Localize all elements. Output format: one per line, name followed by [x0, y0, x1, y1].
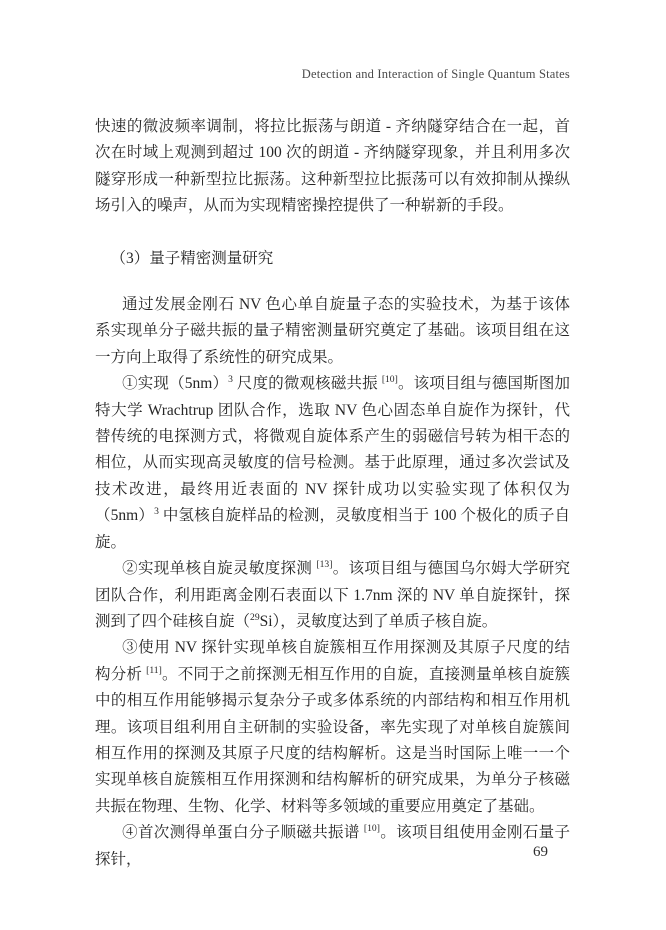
superscript-reference: 3 [154, 506, 159, 517]
body-text: 快速的微波频率调制，将拉比振荡与朗道 - 齐纳隧穿结合在一起，首次在时域上观测到… [95, 114, 570, 873]
superscript-reference: 29 [250, 612, 260, 623]
running-header: Detection and Interaction of Single Quan… [95, 67, 570, 82]
paragraph: 通过发展金刚石 NV 色心单自旋量子态的实验技术，为基于该体系实现单分子磁共振的… [95, 292, 570, 371]
superscript-reference: [13] [316, 559, 332, 570]
superscript-reference: [11] [146, 665, 162, 676]
superscript-reference: 3 [228, 374, 233, 385]
superscript-reference: [10] [364, 823, 380, 834]
paragraph: 快速的微波频率调制，将拉比振荡与朗道 - 齐纳隧穿结合在一起，首次在时域上观测到… [95, 114, 570, 220]
section-heading: （3）量子精密测量研究 [95, 246, 570, 272]
page-number: 69 [0, 844, 548, 861]
superscript-reference: [10] [382, 374, 398, 385]
paragraph: ②实现单核自旋灵敏度探测 [13]。该项目组与德国乌尔姆大学研究团队合作，利用距… [95, 556, 570, 635]
paragraph: ①实现（5nm）3 尺度的微观核磁共振 [10]。该项目组与德国斯图加特大学 W… [95, 371, 570, 556]
paragraph: ③使用 NV 探针实现单核自旋簇相互作用探测及其原子尺度的结构分析 [11]。不… [95, 635, 570, 820]
document-page: Detection and Interaction of Single Quan… [0, 0, 666, 930]
